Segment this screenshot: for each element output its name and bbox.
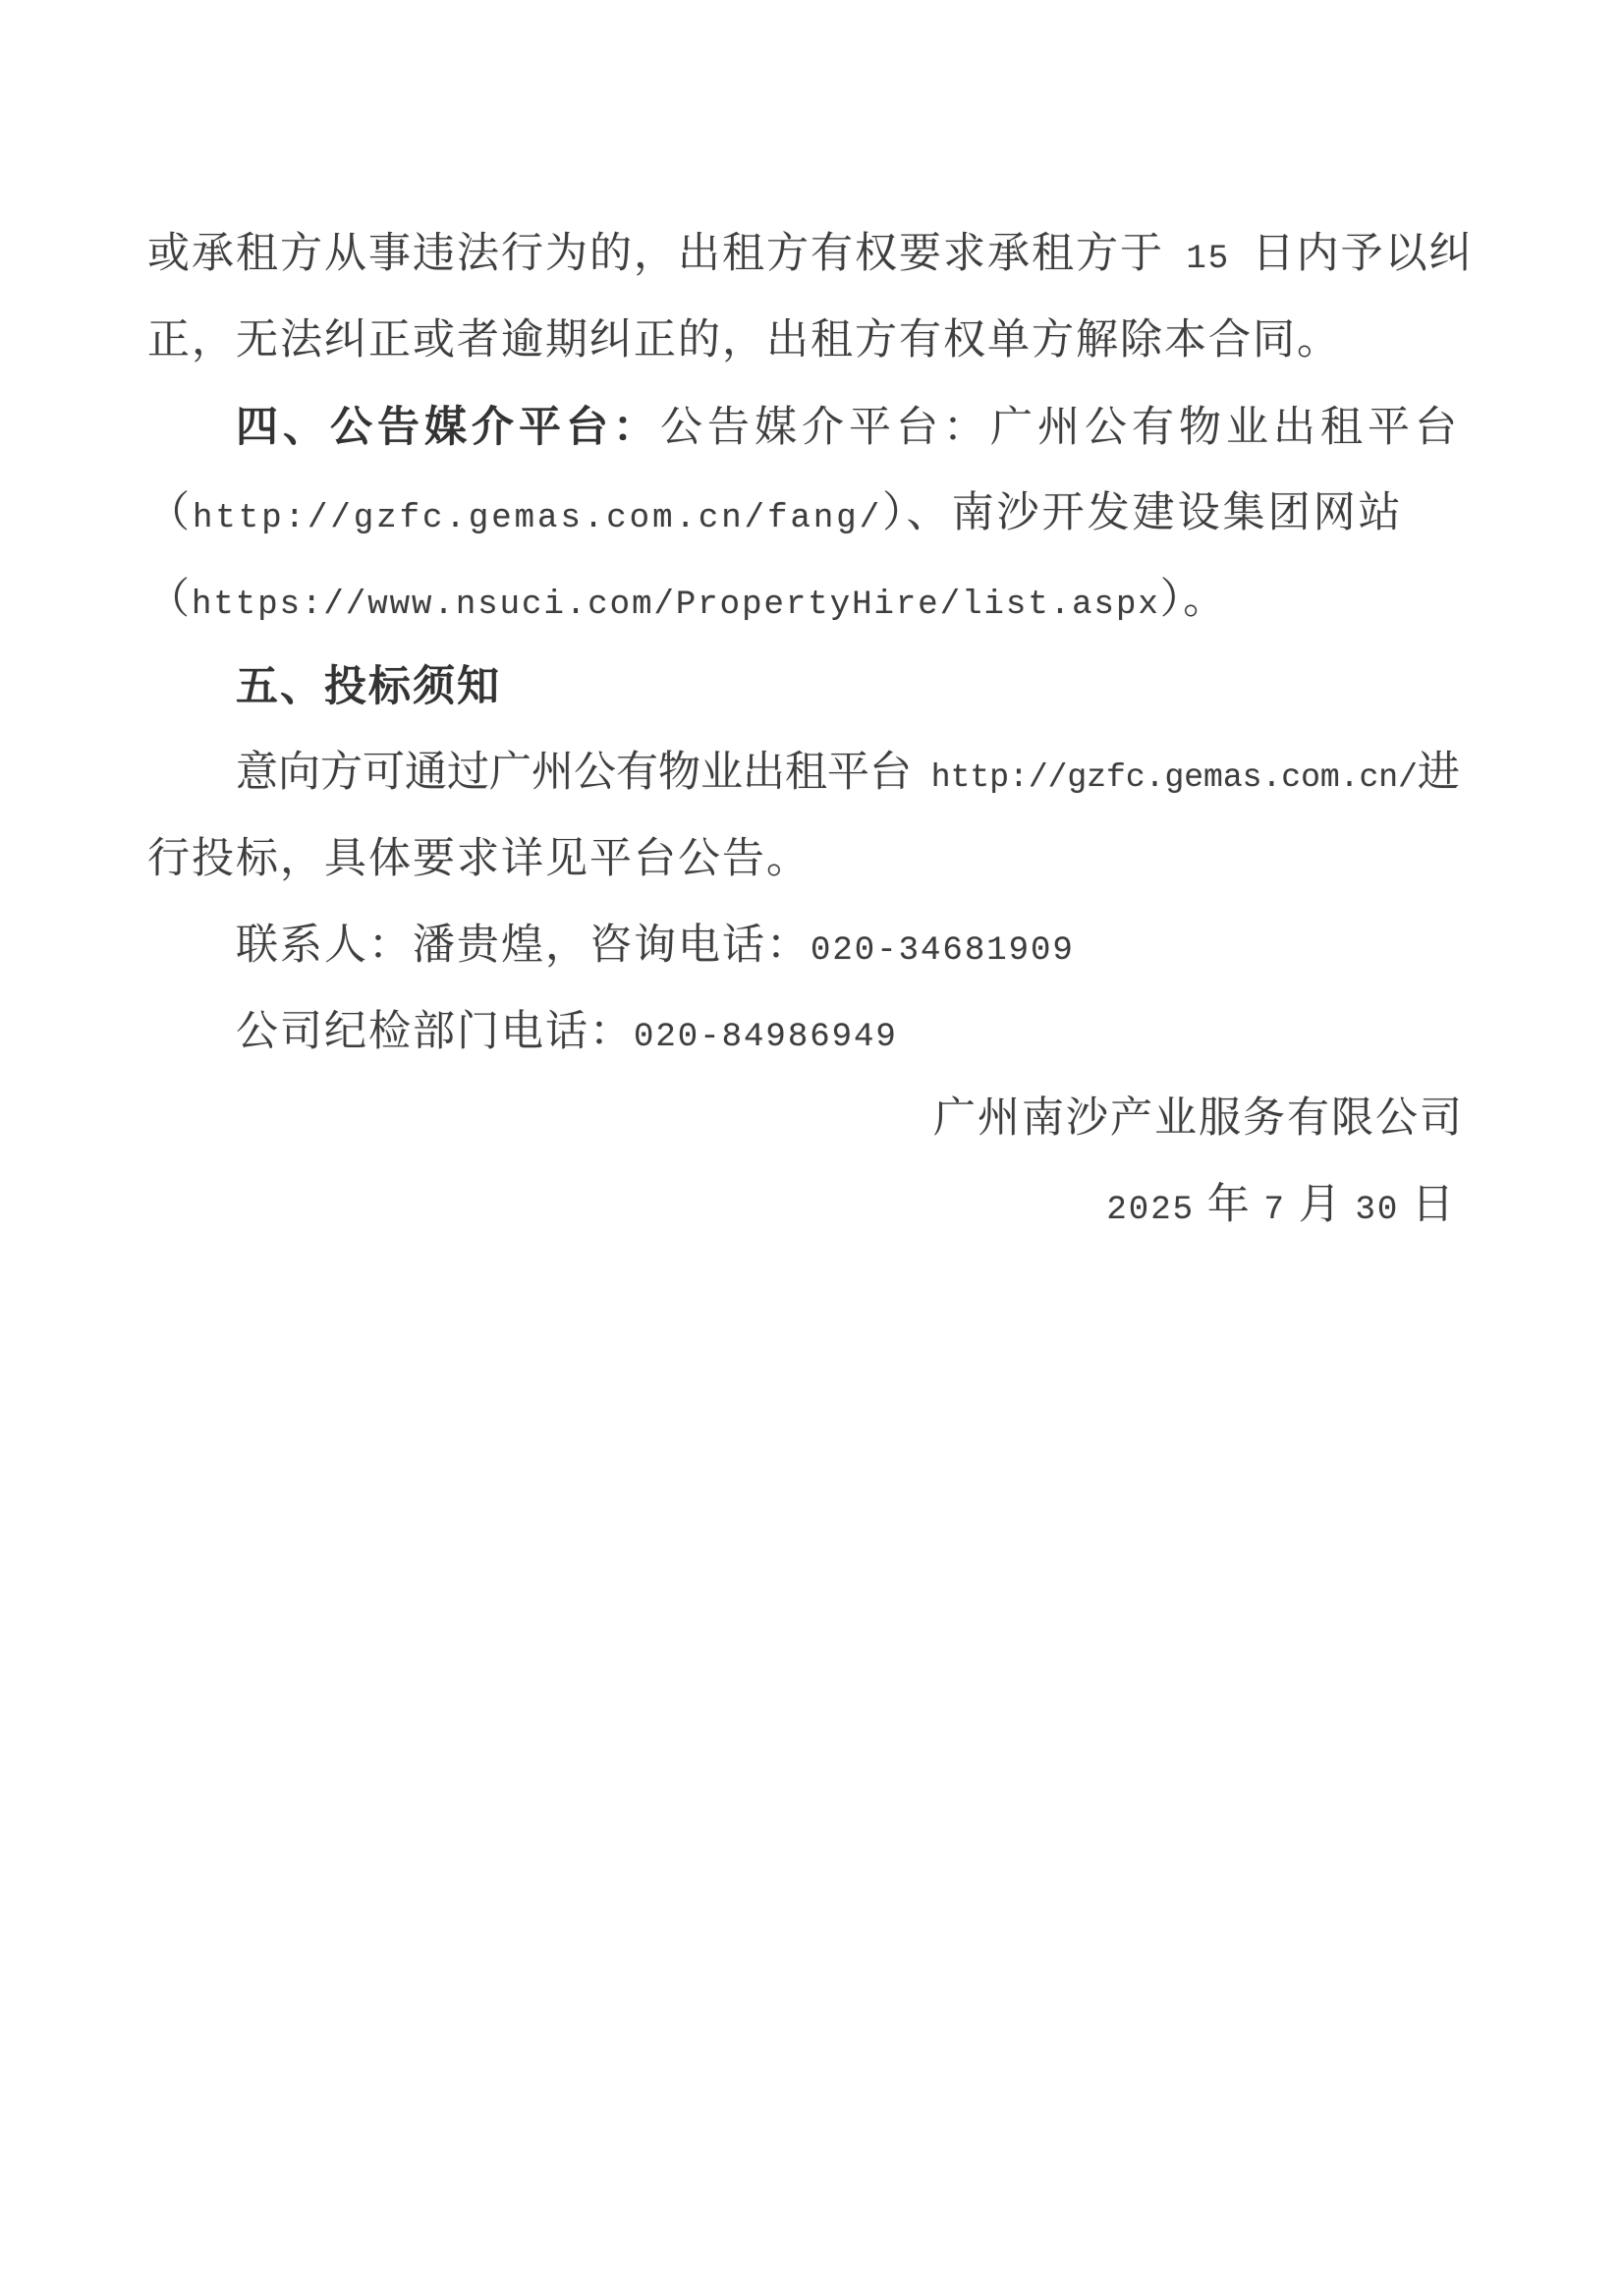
bid-instruction-text-b: 进: [1418, 750, 1460, 796]
date-month: 7: [1264, 1192, 1286, 1229]
bid-instruction-line-2-text: 行投标，具体要求详见平台公告。: [147, 836, 810, 882]
bid-instruction-line-1: 意向方可通过广州公有物业出租平台 http://gzfc.gemas.com.c…: [147, 730, 1464, 816]
document-page: 或承租方从事违法行为的，出租方有权要求承租方于 15 日内予以纠 正，无法纠正或…: [0, 0, 1621, 2296]
nsuci-paren-open: （: [147, 577, 192, 623]
clause-line-1-text-a: 或承租方从事违法行为的，出租方有权要求承租方于: [147, 231, 1164, 277]
discipline-phone-label: 公司纪检部门电话：: [236, 1009, 634, 1055]
bid-instruction-text-a: 意向方可通过广州公有物业出租平台: [236, 750, 912, 796]
section-4-heading-rest: 公告媒介平台：广州公有物业出租平台: [660, 405, 1462, 451]
clause-line-1-text-b: 日内予以纠: [1253, 231, 1474, 277]
clause-line-2: 正，无法纠正或者逾期纠正的，出租方有权单方解除本合同。: [147, 298, 1464, 384]
bid-instruction-line-2: 行投标，具体要求详见平台公告。: [147, 816, 1464, 903]
section-heading-media-platform: 四、公告媒介平台：公告媒介平台：广州公有物业出租平台: [147, 384, 1464, 471]
gzfc-paren-open: （: [147, 490, 193, 536]
company-signature: 广州南沙产业服务有限公司: [147, 1076, 1464, 1162]
section-5-heading-text: 五、投标须知: [236, 663, 501, 710]
nsuci-after-text: ）。: [1160, 577, 1228, 623]
discipline-phone-line: 公司纪检部门电话：020-84986949: [147, 989, 1464, 1076]
document-text-block: 或承租方从事违法行为的，出租方有权要求承租方于 15 日内予以纠 正，无法纠正或…: [147, 211, 1464, 1249]
contact-line: 联系人：潘贵煌，咨询电话：020-34681909: [147, 903, 1464, 989]
date-day-unit: 日: [1399, 1182, 1456, 1228]
contact-phone-number: 020-34681909: [810, 932, 1075, 970]
date-day: 30: [1355, 1192, 1399, 1229]
clause-line-2-text: 正，无法纠正或者逾期纠正的，出租方有权单方解除本合同。: [147, 317, 1341, 364]
date-year: 2025: [1106, 1192, 1195, 1229]
gzfc-after-text: ）、南沙开发建设集团网站: [882, 490, 1404, 536]
clause-line-1: 或承租方从事违法行为的，出租方有权要求承租方于 15 日内予以纠: [147, 211, 1464, 298]
url-line-gzfc: （http://gzfc.gemas.com.cn/fang/）、南沙开发建设集…: [147, 471, 1464, 557]
nsuci-url-text: https://www.nsuci.com/PropertyHire/list.…: [192, 587, 1160, 624]
section-heading-bid-notice: 五、投标须知: [147, 644, 1464, 730]
company-signature-text: 广州南沙产业服务有限公司: [933, 1095, 1464, 1142]
url-line-nsuci: （https://www.nsuci.com/PropertyHire/list…: [147, 557, 1464, 644]
contact-label: 联系人：潘贵煌，咨询电话：: [236, 923, 810, 969]
gzfc-url-text: http://gzfc.gemas.com.cn/fang/: [193, 500, 882, 537]
bid-platform-url-text: http://gzfc.gemas.com.cn/: [912, 759, 1418, 796]
discipline-phone-number: 020-84986949: [634, 1019, 898, 1056]
section-4-heading-bold: 四、公告媒介平台：: [236, 404, 660, 451]
clause-line-1-days: 15: [1164, 241, 1253, 278]
date-line: 2025 年 7 月 30 日: [147, 1162, 1464, 1249]
date-year-unit: 年: [1195, 1182, 1264, 1228]
date-month-unit: 月: [1286, 1182, 1356, 1228]
